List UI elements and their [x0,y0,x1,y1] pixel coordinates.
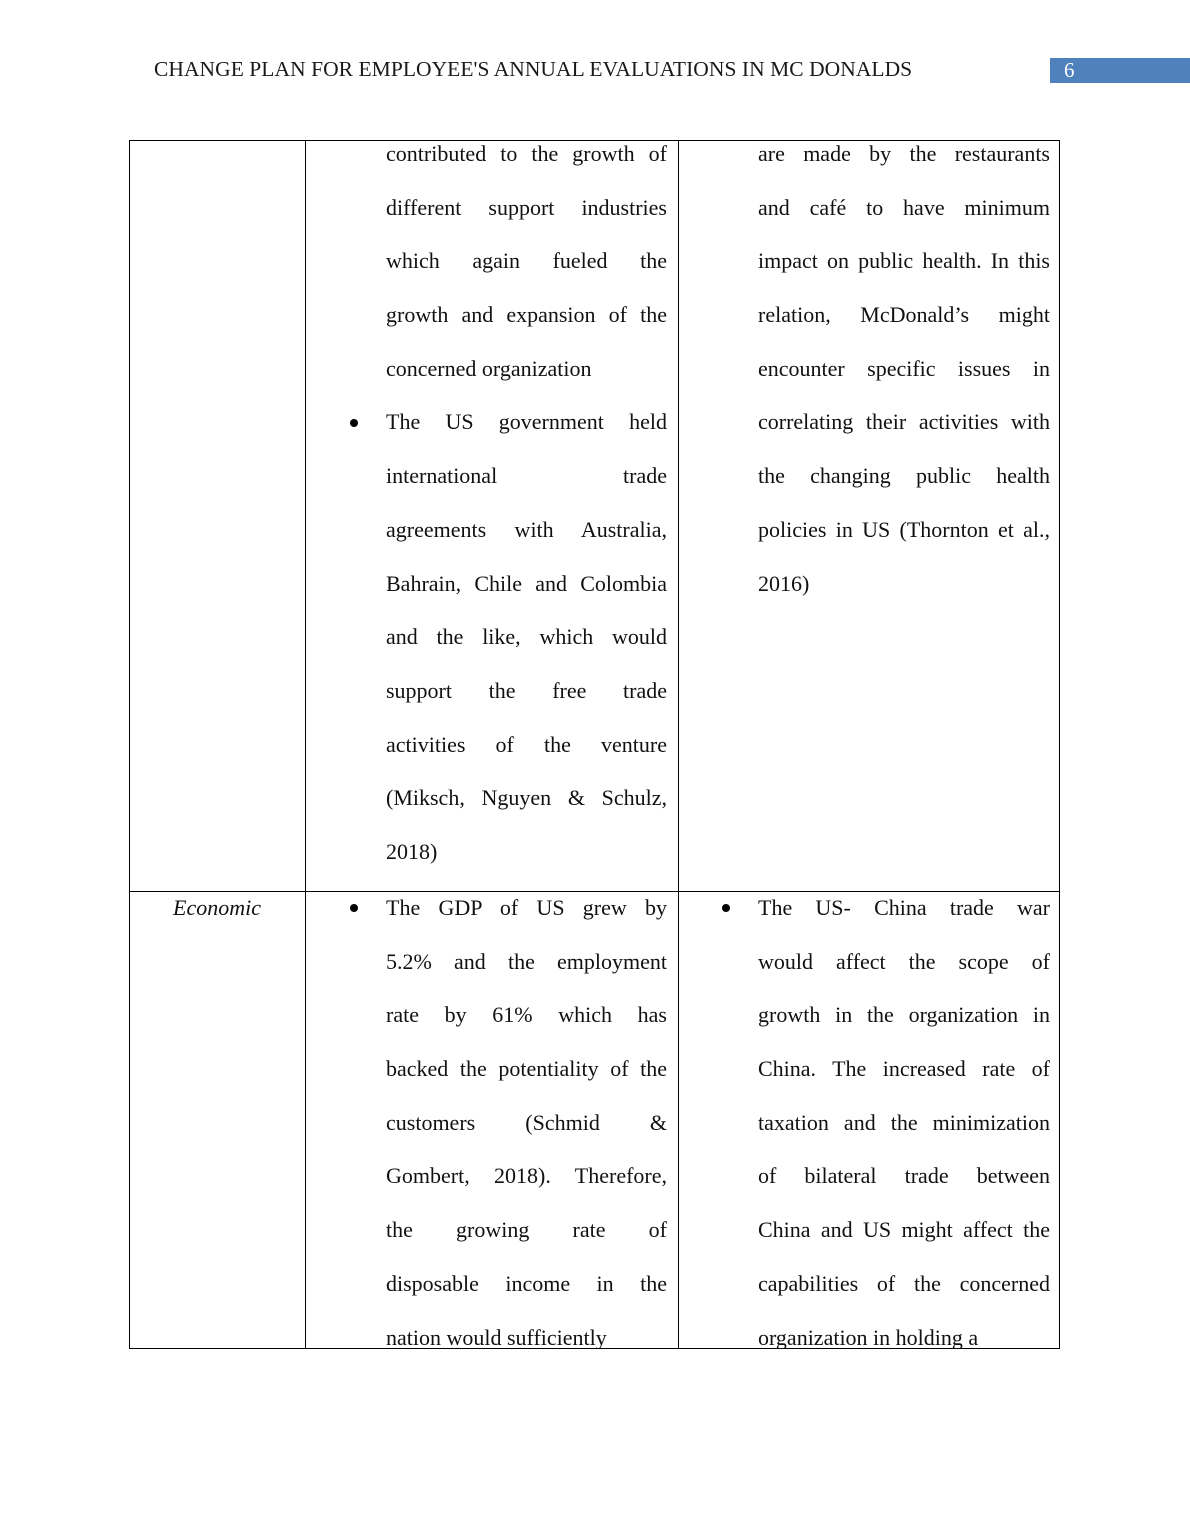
bullet-icon [722,904,730,912]
bullet-text-line: The US government held [386,395,667,449]
bullet-text-line: activities of the venture [386,718,667,772]
bullet-text-line: agreements with Australia, [386,503,667,557]
cell-text-line: relation, McDonald’s might [758,288,1050,342]
threats-cell: The US- China trade warwould affect the … [758,891,1050,1348]
opportunities-cell: The GDP of US grew by5.2% and the employ… [386,891,667,1348]
cell-text-line: policies in US (Thornton et al., [758,503,1050,557]
table-border-bottom [129,1348,1060,1349]
bullet-text-line: 2018) [386,825,667,879]
bullet-text-line: Gombert, 2018). Therefore, [386,1149,667,1203]
bullet-text-line: rate by 61% which has [386,988,667,1042]
bullet-text-line: backed the potentiality of the [386,1042,667,1096]
bullet-text-line: customers (Schmid & [386,1096,667,1150]
bullet-text-line: the growing rate of [386,1203,667,1257]
bullet-icon [350,904,358,912]
bullet-text-line: organization in holding a [758,1311,1050,1349]
bullet-text-line: The GDP of US grew by [386,891,667,935]
bullet-text-line: of bilateral trade between [758,1149,1050,1203]
bullet-text-line: capabilities of the concerned [758,1257,1050,1311]
page-number-box: 6 [1050,58,1190,83]
bullet-text-line: international trade [386,449,667,503]
bullet-text-line: support the free trade [386,664,667,718]
pest-analysis-table: contributed to the growth ofdifferent su… [129,140,1060,1349]
cell-text-line: contributed to the growth of [386,140,667,181]
bullet-text-line: nation would sufficiently [386,1311,667,1349]
table-row: contributed to the growth ofdifferent su… [129,140,1060,891]
threats-cell: are made by the restaurantsand café to h… [758,140,1050,610]
running-header-title: CHANGE PLAN FOR EMPLOYEE'S ANNUAL EVALUA… [154,57,912,82]
cell-text-line: impact on public health. In this [758,234,1050,288]
bullet-text-line: taxation and the minimization [758,1096,1050,1150]
table-row: Economic The GDP of US grew by5.2% and t… [129,891,1060,1348]
opportunities-cell: contributed to the growth ofdifferent su… [386,140,667,879]
cell-text-line: 2016) [758,557,1050,611]
bullet-icon [350,419,358,427]
cell-text-line: correlating their activities with [758,395,1050,449]
bullet-text-line: China. The increased rate of [758,1042,1050,1096]
cell-text-line: concerned organization [386,342,667,396]
bullet-text-line: growth in the organization in [758,988,1050,1042]
cell-text-line: encounter specific issues in [758,342,1050,396]
bullet-text-line: The US- China trade war [758,891,1050,935]
bullet-text-line: (Miksch, Nguyen & Schulz, [386,771,667,825]
bullet-text-line: would affect the scope of [758,935,1050,989]
cell-text-line: are made by the restaurants [758,140,1050,181]
factor-cell-economic: Economic [129,891,305,935]
cell-text-line: which again fueled the [386,234,667,288]
cell-text-line: different support industries [386,181,667,235]
cell-text-line: the changing public health [758,449,1050,503]
bullet-text-line: 5.2% and the employment [386,935,667,989]
cell-text-line: growth and expansion of the [386,288,667,342]
bullet-text-line: disposable income in the [386,1257,667,1311]
cell-text-line: and café to have minimum [758,181,1050,235]
bullet-text-line: China and US might affect the [758,1203,1050,1257]
bullet-text-line: Bahrain, Chile and Colombia [386,557,667,611]
bullet-text-line: and the like, which would [386,610,667,664]
page-number: 6 [1064,58,1075,83]
